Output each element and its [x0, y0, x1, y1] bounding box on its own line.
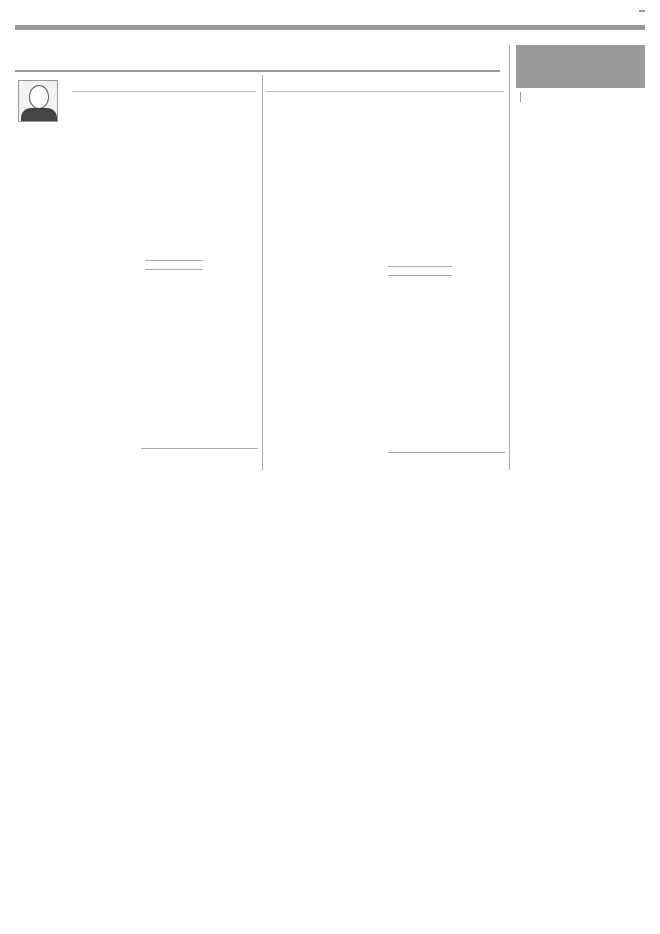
masthead: [15, 10, 645, 26]
article-body-predatory-left: [266, 128, 383, 464]
author-credit: [388, 452, 505, 455]
years-ago-label: [520, 92, 524, 102]
article-body-predatory-wrap: [456, 256, 505, 328]
page-number: [639, 10, 645, 12]
byline-rule: [72, 91, 256, 92]
pull-quote: [145, 260, 203, 270]
author-portrait: [18, 80, 58, 122]
article-body-predatory-right: [388, 128, 505, 228]
year-block-1976: [516, 92, 645, 102]
article-body-aquacide-right: [141, 128, 258, 232]
column-divider: [262, 75, 263, 470]
past-pages-header: [516, 45, 645, 88]
article-body-predatory-bottom: [388, 330, 505, 450]
column-divider: [509, 45, 510, 470]
top-divider-bar: [15, 25, 645, 30]
author-credit: [141, 448, 258, 451]
byline-rule: [266, 91, 504, 92]
article-body-aquacide-bottom: [141, 326, 258, 444]
article-body-aquacide-wrap: [208, 248, 258, 324]
opinion-rule: [15, 70, 500, 72]
article-body-aquacide-left: [18, 128, 136, 464]
pull-quote: [388, 266, 452, 276]
